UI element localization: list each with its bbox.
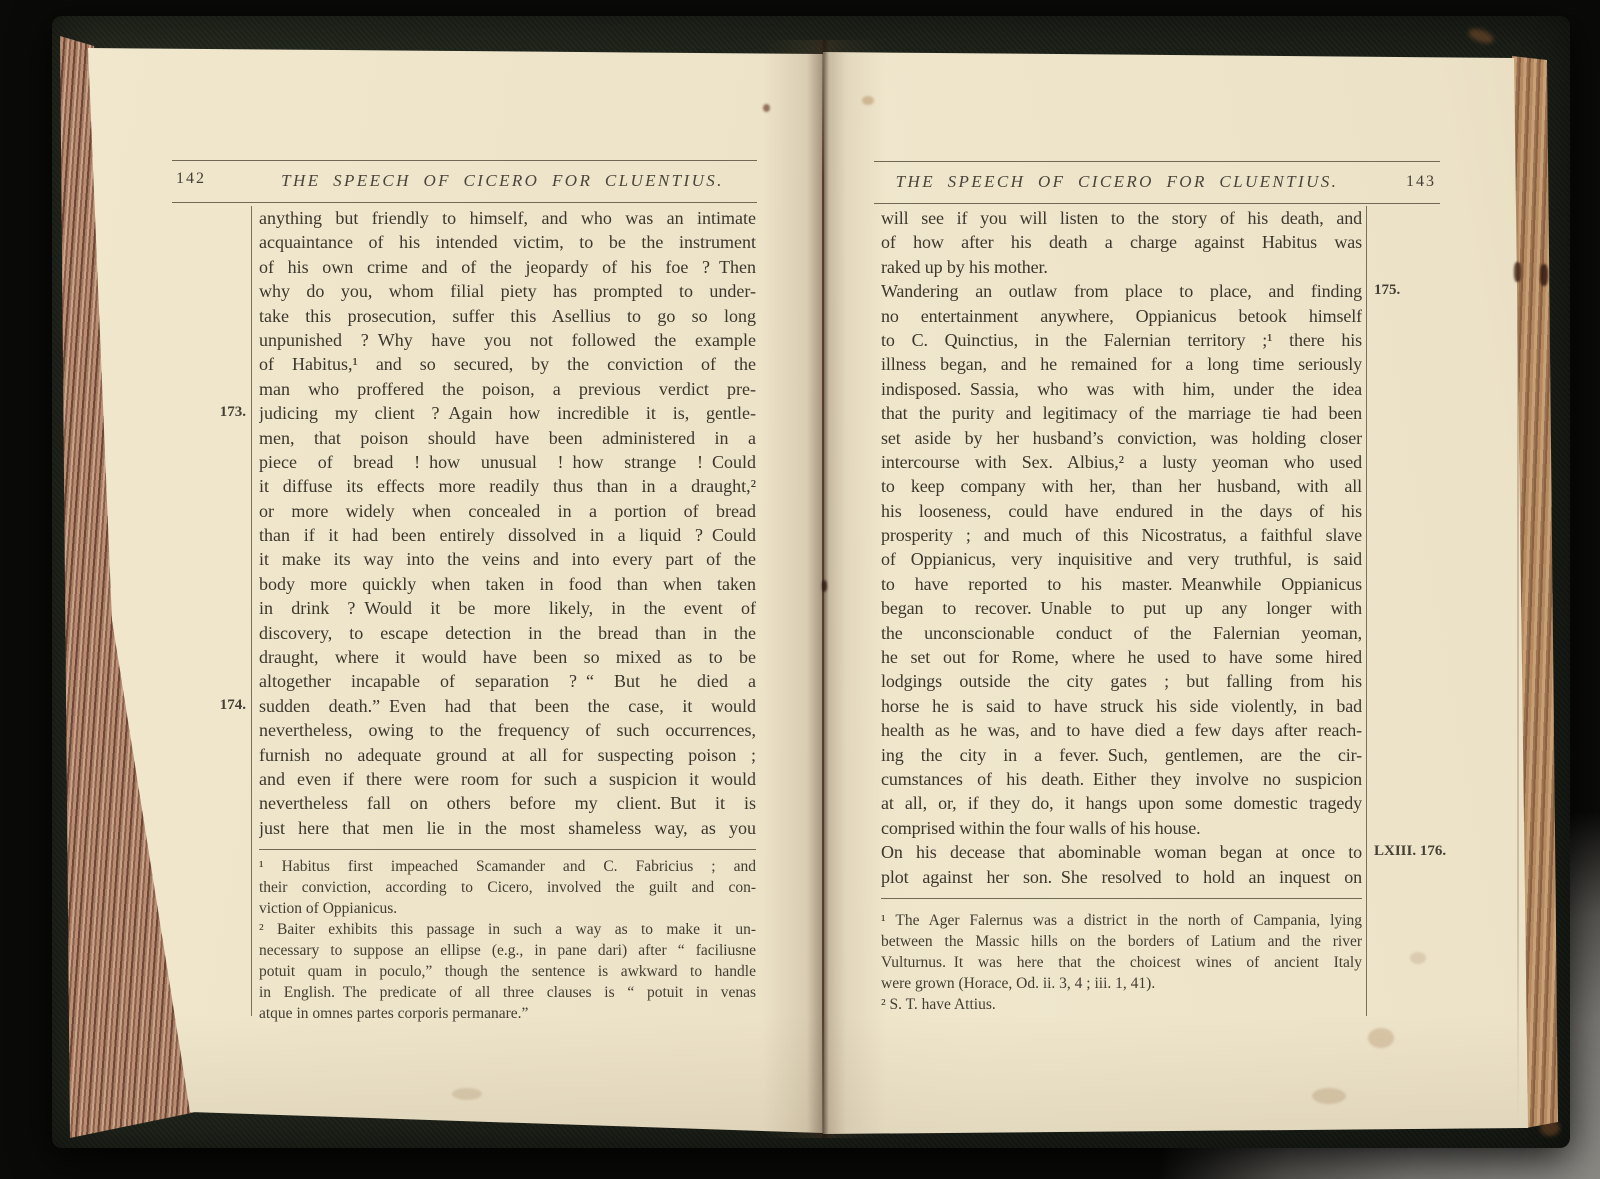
margin-notes: 175.LXIII. 176. <box>1374 206 1492 886</box>
stain <box>1368 1028 1394 1048</box>
text-line: indisposed. Sassia, who was with him, un… <box>881 377 1362 401</box>
text-line: prosperity ; and much of this Nicostratu… <box>881 523 1362 547</box>
text-line: cumstances of his death. Either they inv… <box>881 767 1362 791</box>
paragraph: anything but friendly to himself, and wh… <box>259 206 756 840</box>
stain <box>1410 952 1426 964</box>
stain <box>1312 1088 1346 1104</box>
text-line: just here that men lie in the most shame… <box>259 816 756 840</box>
text-line: raked up by his mother. <box>881 255 1362 279</box>
margin-rule <box>251 206 252 1016</box>
header-rule-top <box>172 160 757 161</box>
footnote-line: were grown (Horace, Od. ii. 3, 4 ; iii. … <box>881 973 1362 994</box>
text-line: nevertheless fall on others before my cl… <box>259 791 756 815</box>
footnote-line: potuit quam in poculo,” though the sente… <box>259 961 756 982</box>
footnote: ² Baiter exhibits this passage in such a… <box>259 919 756 1024</box>
stain <box>1514 262 1521 282</box>
footnote: ¹ The Ager Falernus was a district in th… <box>881 910 1362 994</box>
text-line: it diffuse its effects more readily thus… <box>259 474 756 498</box>
book-photograph: 142 THE SPEECH OF CICERO FOR CLUENTIUS. … <box>0 0 1600 1179</box>
text-line: at all, or, if they do, it hangs upon so… <box>881 791 1362 815</box>
footnote-line: their conviction, according to Cicero, i… <box>259 877 756 898</box>
paragraph: On his decease that abominable woman beg… <box>881 840 1362 889</box>
footnote-line: viction of Oppianicus. <box>259 898 756 919</box>
text-line: On his decease that abominable woman beg… <box>881 840 1362 864</box>
text-line: ing the city in a fever. Such, gentlemen… <box>881 743 1362 767</box>
gutter-crease <box>822 46 824 1138</box>
footnote-line: in English. The predicate of all three c… <box>259 982 756 1003</box>
margin-notes: 173.174. <box>148 206 246 846</box>
text-line: furnish no adequate ground at all for su… <box>259 743 756 767</box>
text-line: unpunished ? Why have you not followed t… <box>259 328 756 352</box>
text-line: will see if you will listen to the story… <box>881 206 1362 230</box>
footnote-line: necessary to suppose an ellipse (e.g., i… <box>259 940 756 961</box>
footnotes: ¹ The Ager Falernus was a district in th… <box>881 910 1362 1015</box>
section-number: 175. <box>1374 282 1492 299</box>
body-text: will see if you will listen to the story… <box>881 206 1362 889</box>
footnote-line: Vulturnus. It was here that the choicest… <box>881 952 1362 973</box>
header-rule-bottom <box>172 202 757 203</box>
section-number: LXIII. 176. <box>1374 843 1492 860</box>
text-line: anything but friendly to himself, and wh… <box>259 206 756 230</box>
footnotes: ¹ Habitus first impeached Scamander and … <box>259 856 756 1024</box>
text-line: discovery, to escape detection in the br… <box>259 621 756 645</box>
text-line: his looseness, could have endured in the… <box>881 499 1362 523</box>
text-line: and even if there were room for such a s… <box>259 767 756 791</box>
right-page-crease <box>1517 62 1519 1124</box>
footnote-line: ¹ Habitus first impeached Scamander and … <box>259 856 756 877</box>
text-line: of his own crime and of the jeopardy of … <box>259 255 756 279</box>
text-line: of how after his death a charge against … <box>881 230 1362 254</box>
stain <box>822 580 827 592</box>
footnote: ¹ Habitus first impeached Scamander and … <box>259 856 756 919</box>
text-line: he set out for Rome, where he used to ha… <box>881 645 1362 669</box>
text-line: acquaintance of his intended victim, to … <box>259 230 756 254</box>
stain <box>452 1088 482 1100</box>
page-number: 142 <box>176 170 206 188</box>
text-line: horse he is said to have struck his side… <box>881 694 1362 718</box>
paragraph: Wandering an outlaw from place to place,… <box>881 279 1362 840</box>
footnote-line: ² Baiter exhibits this passage in such a… <box>259 919 756 940</box>
text-line: lodgings outside the city gates ; but fa… <box>881 669 1362 693</box>
text-line: comprised within the four walls of his h… <box>881 816 1362 840</box>
text-line: the unconscionable conduct of the Falern… <box>881 621 1362 645</box>
text-line: of Oppianicus, very inquisitive and very… <box>881 547 1362 571</box>
text-line: it make its way into the veins and into … <box>259 547 756 571</box>
text-line: to C. Quinctius, in the Falernian territ… <box>881 328 1362 352</box>
footnote-line: ¹ The Ager Falernus was a district in th… <box>881 910 1362 931</box>
text-line: sudden death.” Even had that been the ca… <box>259 694 756 718</box>
footnote-rule <box>881 898 1362 899</box>
text-line: Wandering an outlaw from place to place,… <box>881 279 1362 303</box>
text-line: why do you, whom filial piety has prompt… <box>259 279 756 303</box>
text-line: set aside by her husband’s conviction, w… <box>881 426 1362 450</box>
text-line: men, that poison should have been admini… <box>259 426 756 450</box>
text-line: began to recover. Unable to put up any l… <box>881 596 1362 620</box>
text-line: than if it had been entirely dissolved i… <box>259 523 756 547</box>
text-line: intercourse with Sex. Albius,² a lusty y… <box>881 450 1362 474</box>
text-line: man who proffered the poison, a previous… <box>259 377 756 401</box>
footnote-rule <box>259 849 756 850</box>
running-title: THE SPEECH OF CICERO FOR CLUENTIUS. <box>250 171 755 191</box>
page-number: 143 <box>1406 173 1436 191</box>
stain <box>862 96 874 105</box>
running-title: THE SPEECH OF CICERO FOR CLUENTIUS. <box>872 172 1362 192</box>
text-line: to have reported to his master. Meanwhil… <box>881 572 1362 596</box>
text-line: to keep company with her, than her husba… <box>881 474 1362 498</box>
text-line: nevertheless, owing to the frequency of … <box>259 718 756 742</box>
text-line: judicing my client ? Again how incredibl… <box>259 401 756 425</box>
text-line: or more widely when concealed in a porti… <box>259 499 756 523</box>
text-line: plot against her son. She resolved to ho… <box>881 865 1362 889</box>
text-line: take this prosecution, suffer this Asell… <box>259 304 756 328</box>
body-text: anything but friendly to himself, and wh… <box>259 206 756 840</box>
footnote-line: ² S. T. have Attius. <box>881 994 1362 1015</box>
text-line: no entertainment anywhere, Oppianicus be… <box>881 304 1362 328</box>
header-rule-bottom <box>874 203 1440 204</box>
text-line: draught, where it would have been so mix… <box>259 645 756 669</box>
footnote-line: between the Massic hills on the borders … <box>881 931 1362 952</box>
text-line: of Habitus,¹ and so secured, by the conv… <box>259 352 756 376</box>
paragraph: will see if you will listen to the story… <box>881 206 1362 279</box>
footnote: ² S. T. have Attius. <box>881 994 1362 1015</box>
text-line: in drink ? Would it be more likely, in t… <box>259 596 756 620</box>
text-line: illness began, and he remained for a lon… <box>881 352 1362 376</box>
text-line: health as he was, and to have died a few… <box>881 718 1362 742</box>
section-number: 174. <box>148 697 246 714</box>
text-line: that the purity and legitimacy of the ma… <box>881 401 1362 425</box>
text-line: piece of bread ! how unusual ! how stran… <box>259 450 756 474</box>
margin-rule <box>1366 206 1367 1016</box>
text-line: altogether incapable of separation ? “ B… <box>259 669 756 693</box>
footnote-line: atque in omnes partes corporis permanare… <box>259 1003 756 1024</box>
text-line: body more quickly when taken in food tha… <box>259 572 756 596</box>
stain <box>1540 264 1548 286</box>
stain <box>763 104 770 112</box>
section-number: 173. <box>148 404 246 421</box>
header-rule-top <box>874 161 1440 162</box>
